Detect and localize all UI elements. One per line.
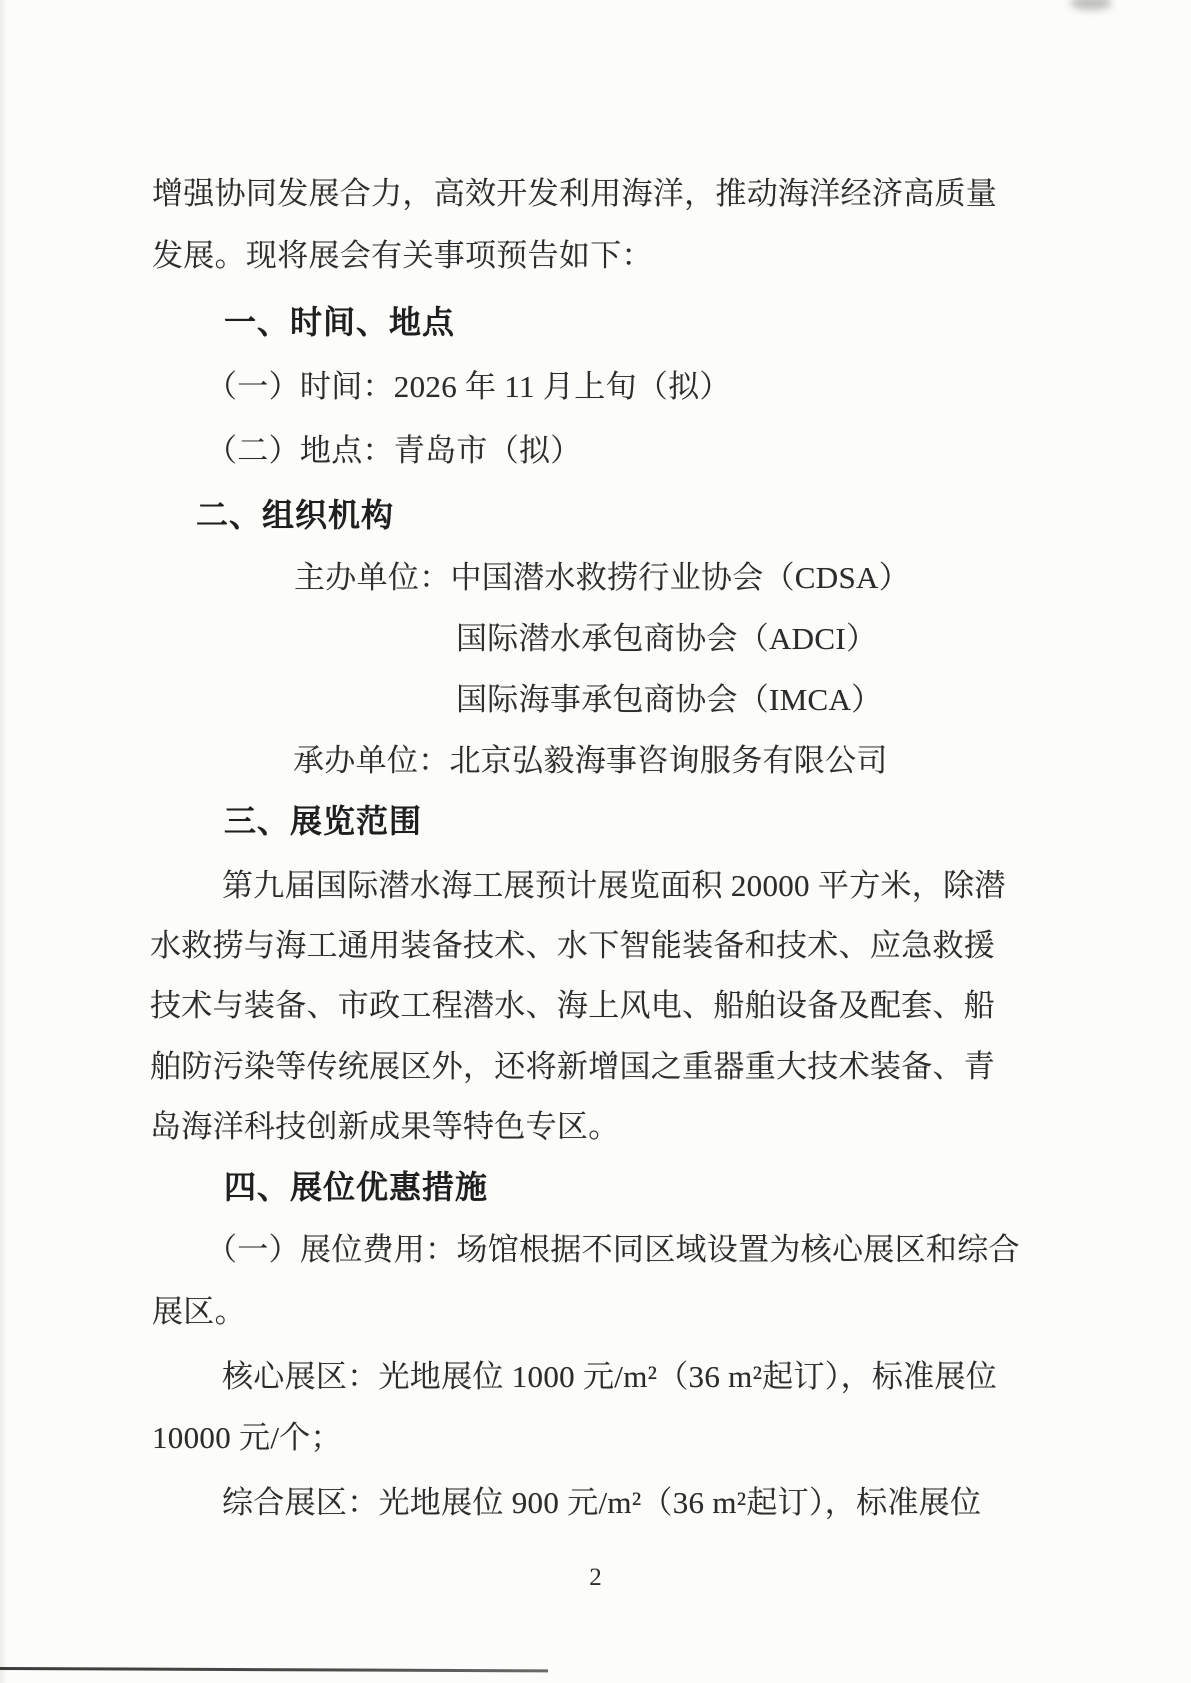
scope-paragraph-line: 舶防污染等传统展区外，还将新增国之重器重大技术装备、青	[150, 1041, 995, 1086]
scope-paragraph-line: 水救捞与海工通用装备技术、水下智能装备和技术、应急救援	[150, 920, 995, 965]
section-heading-booth-discount: 四、展位优惠措施	[224, 1162, 488, 1208]
scope-paragraph-line: 第九届国际潜水海工展预计展览面积 20000 平方米，除潜	[222, 860, 1006, 905]
time-item-line: （一）时间：2026 年 11 月上旬（拟）	[206, 361, 731, 406]
scan-smudge-artifact	[1070, 0, 1112, 10]
intro-paragraph-line: 增强协同发展合力，高效开发利用海洋，推动海洋经济高质量	[152, 168, 997, 213]
host-organization-line: 国际潜水承包商协会（ADCI）	[456, 613, 877, 658]
booth-fee-line: （一）展位费用：场馆根据不同区域设置为核心展区和综合	[206, 1224, 1020, 1269]
scanned-document-page: 增强协同发展合力，高效开发利用海洋，推动海洋经济高质量 发展。现将展会有关事项预…	[0, 0, 1191, 1683]
scope-paragraph-line: 岛海洋科技创新成果等特色专区。	[150, 1101, 620, 1146]
host-organization-line: 国际海事承包商协会（IMCA）	[456, 674, 882, 719]
host-organization-line: 主办单位：中国潜水救捞行业协会（CDSA）	[294, 552, 910, 597]
scan-line-artifact	[0, 1667, 548, 1672]
intro-paragraph-line: 发展。现将展会有关事项预告如下：	[152, 230, 653, 275]
general-zone-price-line: 综合展区：光地展位 900 元/m²（36 m²起订），标准展位	[222, 1477, 981, 1522]
section-heading-organization: 二、组织机构	[196, 490, 394, 536]
scan-edge-shading	[0, 0, 7, 1683]
scope-paragraph-line: 技术与装备、市政工程潜水、海上风电、船舶设备及配套、船	[150, 980, 995, 1025]
page-number: 2	[0, 1564, 1191, 1592]
location-item-line: （二）地点：青岛市（拟）	[206, 425, 582, 470]
core-zone-price-line: 核心展区：光地展位 1000 元/m²（36 m²起订），标准展位	[222, 1351, 997, 1396]
organizer-line: 承办单位：北京弘毅海事咨询服务有限公司	[293, 735, 888, 780]
core-zone-price-line: 10000 元/个；	[152, 1412, 342, 1457]
section-heading-time-location: 一、时间、地点	[224, 297, 455, 343]
booth-fee-line: 展区。	[152, 1286, 246, 1331]
section-heading-exhibition-scope: 三、展览范围	[224, 796, 422, 842]
